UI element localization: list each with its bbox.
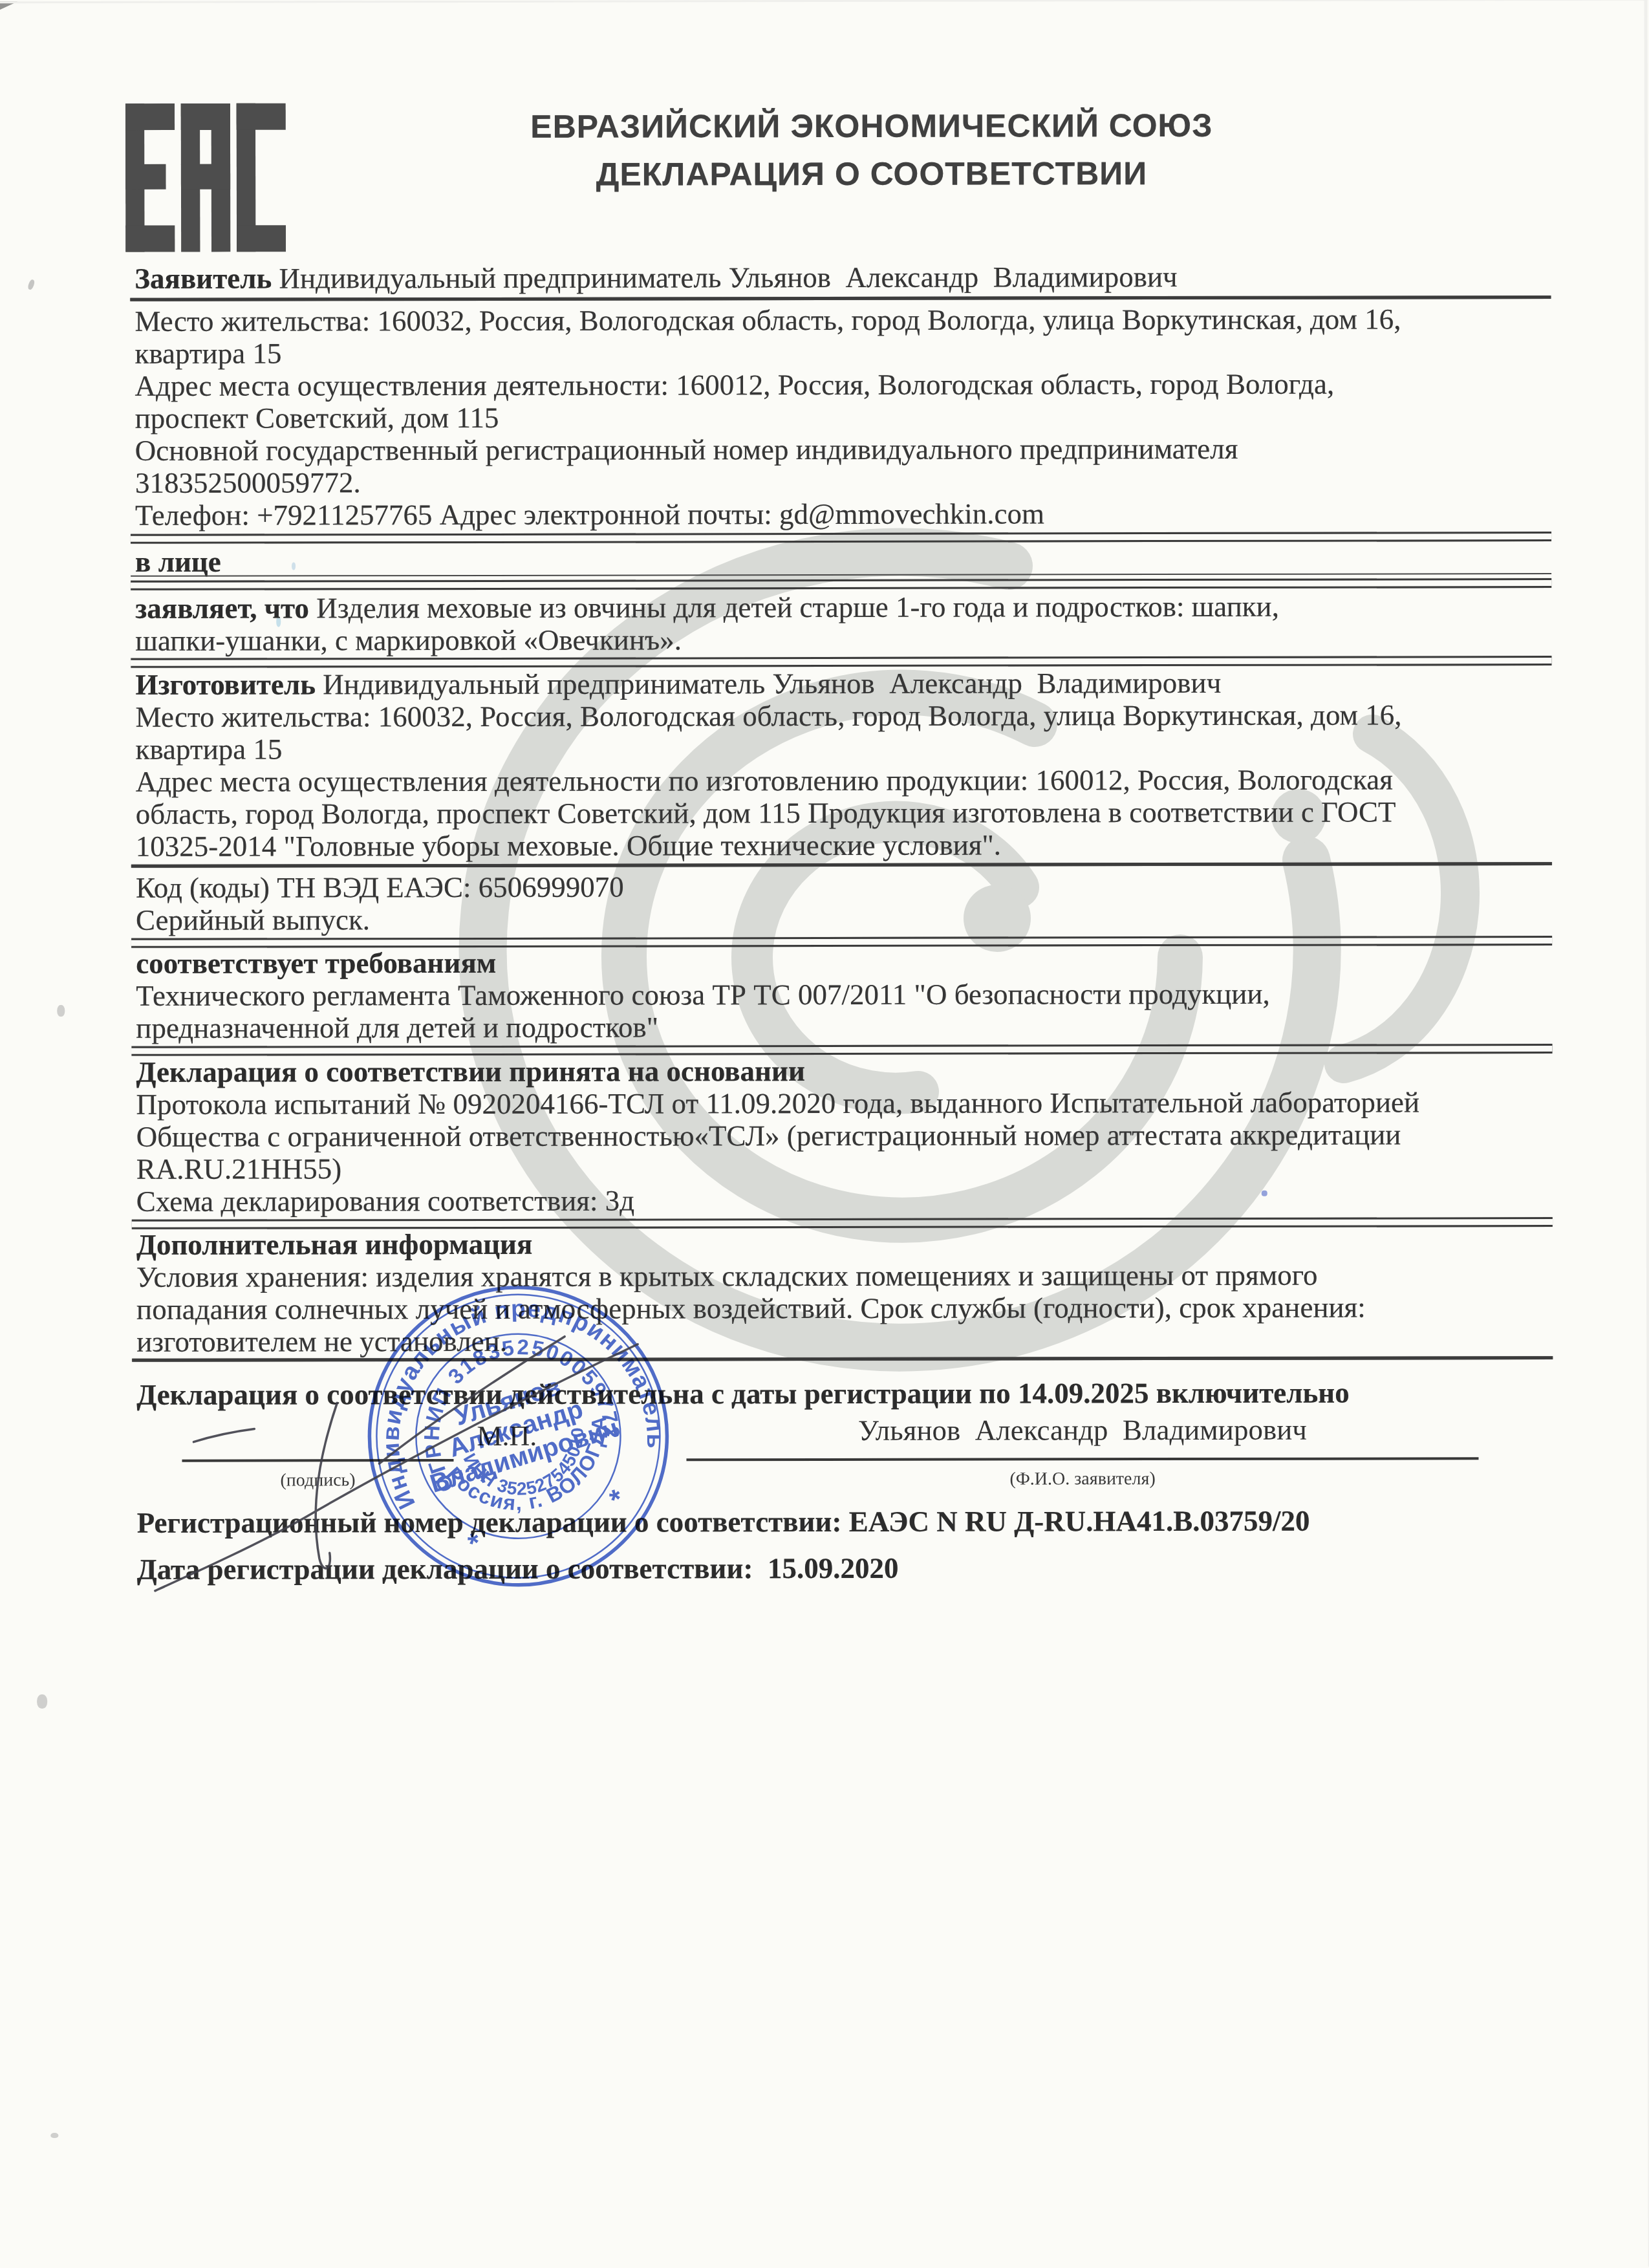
row-declares-2: шапки-ушанки, с маркировкой «Овечкинъ».: [135, 622, 1584, 657]
applicant-text: Индивидуальный предприниматель Ульянов А…: [272, 261, 1177, 294]
row-applicant: Заявитель Индивидуальный предприниматель…: [135, 260, 1583, 295]
title-line1: ЕВРАЗИЙСКИЙ ЭКОНОМИЧЕСКИЙ СОЮЗ: [530, 107, 1212, 145]
row-serial: Серийный выпуск.: [136, 902, 1584, 936]
row-m-activity-2: область, город Вологда, проспект Советск…: [136, 795, 1584, 830]
manufacturer-text: Индивидуальный предприниматель Ульянов А…: [316, 667, 1221, 700]
row-scheme: Схема декларирования соответствия: 3д: [136, 1183, 1585, 1218]
round-stamp: Индивидуальный предприниматель ОГРНИП 31…: [353, 1271, 684, 1601]
row-compliance-header: соответствует требованиям: [136, 945, 1584, 980]
scan-speck: [37, 1694, 47, 1709]
row-residence-2: квартира 15: [135, 335, 1583, 370]
row-m-activity-3: 10325-2014 "Головные уборы меховые. Общи…: [136, 828, 1584, 863]
row-phone-email: Телефон: +79211257765 Адрес электронной …: [135, 497, 1584, 532]
stamp-star-right: *: [606, 1483, 627, 1517]
fio-caption: (Ф.И.О. заявителя): [687, 1468, 1479, 1490]
row-basis-3: RA.RU.21НН55): [136, 1150, 1585, 1185]
row-basis-2: Общества с ограниченной ответственностью…: [136, 1118, 1585, 1153]
row-residence-1: Место жительства: 160032, Россия, Волого…: [135, 303, 1583, 338]
scan-edge: [0, 0, 1648, 3]
eac-mark-icon: [125, 100, 286, 254]
row-declares-1: заявляет, что Изделия меховые из овчины …: [135, 590, 1584, 625]
row-ogrn-1: Основной государственный регистрационный…: [135, 432, 1584, 467]
row-compliance-2: предназначенной для детей и подростков": [136, 1010, 1584, 1044]
applicant-label: Заявитель: [135, 262, 272, 294]
row-basis-1: Протокола испытаний № 0920204166-ТСЛ от …: [136, 1086, 1584, 1121]
document-title: ЕВРАЗИЙСКИЙ ЭКОНОМИЧЕСКИЙ СОЮЗДЕКЛАРАЦИЯ…: [477, 102, 1266, 199]
manufacturer-label: Изготовитель: [135, 668, 316, 700]
row-activity-1: Адрес места осуществления деятельности: …: [135, 367, 1584, 402]
row-m-activity-1: Адрес места осуществления деятельности п…: [136, 763, 1584, 798]
row-tnved-code: Код (коды) ТН ВЭД ЕАЭС: 6506999070: [136, 869, 1584, 904]
document-page: ЕВРАЗИЙСКИЙ ЭКОНОМИЧЕСКИЙ СОЮЗДЕКЛАРАЦИЯ…: [0, 0, 1649, 2268]
row-additional-header: Дополнительная информация: [136, 1226, 1585, 1261]
row-activity-2: проспект Советский, дом 115: [135, 400, 1584, 435]
scan-speck: [50, 2133, 58, 2138]
title-line2: ДЕКЛАРАЦИЯ О СООТВЕТСТВИИ: [596, 155, 1148, 192]
scan-speck: [27, 279, 36, 290]
separator-rule-double: [131, 578, 1551, 590]
declares-text: Изделия меховые из овчины для детей стар…: [309, 590, 1279, 625]
applicant-fio: Ульянов Александр Владимирович: [686, 1412, 1478, 1447]
separator-rule: [130, 296, 1551, 301]
row-ogrn-2: 318352500059772.: [135, 464, 1584, 499]
row-manufacturer: Изготовитель Индивидуальный предпринимат…: [135, 666, 1584, 701]
row-compliance-1: Технического регламента Таможенного союз…: [136, 977, 1584, 1012]
row-m-residence-1: Место жительства: 160032, Россия, Волого…: [135, 698, 1584, 733]
separator-rule: [131, 862, 1552, 868]
row-m-residence-2: квартира 15: [136, 731, 1584, 766]
document-content: ЕВРАЗИЙСКИЙ ЭКОНОМИЧЕСКИЙ СОЮЗДЕКЛАРАЦИЯ…: [0, 0, 1649, 2268]
separator-rule-double: [131, 532, 1551, 544]
declares-label: заявляет, что: [135, 592, 309, 624]
fio-line: [686, 1457, 1478, 1461]
row-basis-header: Декларация о соответствии принята на осн…: [136, 1053, 1584, 1088]
scan-speck: [57, 1005, 65, 1017]
